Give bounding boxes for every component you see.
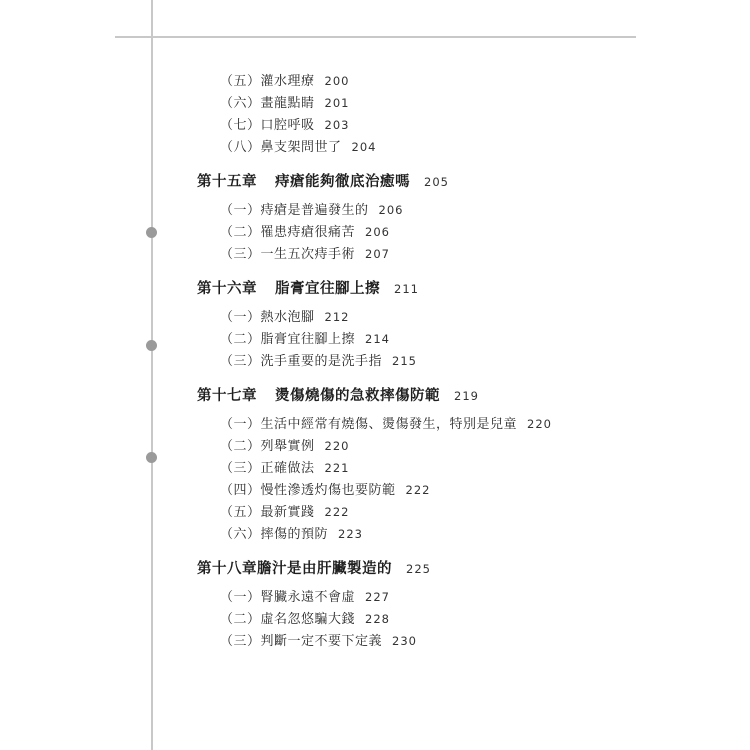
chapter-number: 第十五章: [197, 173, 257, 190]
margin-dot: [146, 340, 157, 351]
page-number: 214: [365, 332, 390, 346]
section-number: （六）: [220, 527, 261, 542]
toc-section[interactable]: （二）脂膏宜往腳上擦214: [220, 328, 390, 347]
section-number: （八）: [220, 140, 261, 155]
section-title: 正確做法: [261, 461, 315, 476]
page-number: 205: [424, 175, 449, 189]
page-number: 200: [325, 74, 350, 88]
margin-rule: [151, 0, 153, 750]
section-title: 鼻支架問世了: [261, 140, 342, 155]
section-number: （五）: [220, 74, 261, 89]
chapter-title: 脂膏宜往腳上擦: [275, 280, 380, 297]
section-number: （二）: [220, 612, 261, 627]
section-title: 生活中經常有燒傷、燙傷發生，特別是兒童: [261, 417, 518, 432]
section-title: 灌水理療: [261, 74, 315, 89]
page-number: 223: [338, 527, 363, 541]
section-title: 口腔呼吸: [261, 118, 315, 133]
toc-section[interactable]: （四）慢性滲透灼傷也要防範222: [220, 479, 430, 498]
toc-chapter[interactable]: 第十五章痔瘡能夠徹底治癒嗎205: [197, 170, 449, 191]
section-title: 洗手重要的是洗手指: [261, 354, 383, 369]
section-title: 列舉實例: [261, 439, 315, 454]
toc-section[interactable]: （三）正確做法221: [220, 457, 349, 476]
toc-section[interactable]: （一）腎臟永遠不會虛227: [220, 586, 390, 605]
section-number: （七）: [220, 118, 261, 133]
page-number: 222: [406, 483, 431, 497]
toc-chapter[interactable]: 第十八章膽汁是由肝臟製造的225: [197, 557, 431, 578]
page-number: 221: [325, 461, 350, 475]
toc-section[interactable]: （二）虛名忽悠騙大錢228: [220, 608, 390, 627]
section-title: 摔傷的預防: [261, 527, 329, 542]
toc-section[interactable]: （三）洗手重要的是洗手指215: [220, 350, 417, 369]
section-number: （一）: [220, 590, 261, 605]
page-number: 212: [325, 310, 350, 324]
section-number: （一）: [220, 417, 261, 432]
toc-section[interactable]: （五）灌水理療200: [220, 70, 349, 89]
page-number: 203: [325, 118, 350, 132]
page-number: 207: [365, 247, 390, 261]
toc-section[interactable]: （七）口腔呼吸203: [220, 114, 349, 133]
toc-section[interactable]: （三）判斷一定不要下定義230: [220, 630, 417, 649]
margin-dot: [146, 227, 157, 238]
section-number: （四）: [220, 483, 261, 498]
toc-section[interactable]: （二）列舉實例220: [220, 435, 349, 454]
section-number: （三）: [220, 461, 261, 476]
section-title: 判斷一定不要下定義: [261, 634, 383, 649]
chapter-number: 第十七章: [197, 387, 257, 404]
section-title: 最新實踐: [261, 505, 315, 520]
page-number: 220: [527, 417, 552, 431]
section-number: （二）: [220, 225, 261, 240]
section-number: （二）: [220, 332, 261, 347]
toc-chapter[interactable]: 第十六章脂膏宜往腳上擦211: [197, 277, 419, 298]
toc-section[interactable]: （六）摔傷的預防223: [220, 523, 363, 542]
toc-section[interactable]: （二）罹患痔瘡很痛苦206: [220, 221, 390, 240]
section-number: （二）: [220, 439, 261, 454]
section-title: 一生五次痔手術: [261, 247, 356, 262]
page-number: 204: [352, 140, 377, 154]
section-number: （三）: [220, 634, 261, 649]
chapter-title: 痔瘡能夠徹底治癒嗎: [275, 173, 410, 190]
top-rule: [115, 36, 636, 38]
section-title: 腎臟永遠不會虛: [261, 590, 356, 605]
page-number: 230: [392, 634, 417, 648]
section-title: 痔瘡是普遍發生的: [261, 203, 369, 218]
section-title: 虛名忽悠騙大錢: [261, 612, 356, 627]
toc-section[interactable]: （三）一生五次痔手術207: [220, 243, 390, 262]
page-number: 228: [365, 612, 390, 626]
page-number: 201: [325, 96, 350, 110]
page-number: 227: [365, 590, 390, 604]
section-number: （一）: [220, 203, 261, 218]
toc-section[interactable]: （一）痔瘡是普遍發生的206: [220, 199, 403, 218]
chapter-number: 第十八章: [197, 560, 257, 577]
section-title: 畫龍點睛: [261, 96, 315, 111]
page-number: 225: [406, 562, 431, 576]
page-number: 206: [379, 203, 404, 217]
chapter-title: 燙傷燒傷的急救摔傷防範: [275, 387, 440, 404]
chapter-title: 膽汁是由肝臟製造的: [257, 560, 392, 577]
toc-section[interactable]: （一）熱水泡腳212: [220, 306, 349, 325]
section-title: 罹患痔瘡很痛苦: [261, 225, 356, 240]
section-number: （六）: [220, 96, 261, 111]
section-title: 脂膏宜往腳上擦: [261, 332, 356, 347]
page-number: 215: [392, 354, 417, 368]
page-number: 220: [325, 439, 350, 453]
section-title: 慢性滲透灼傷也要防範: [261, 483, 396, 498]
section-number: （三）: [220, 354, 261, 369]
page-number: 219: [454, 389, 479, 403]
page-number: 206: [365, 225, 390, 239]
page-number: 211: [394, 282, 419, 296]
toc-section[interactable]: （八）鼻支架問世了204: [220, 136, 376, 155]
toc-section[interactable]: （六）畫龍點睛201: [220, 92, 349, 111]
section-number: （五）: [220, 505, 261, 520]
section-number: （三）: [220, 247, 261, 262]
margin-dot: [146, 452, 157, 463]
section-number: （一）: [220, 310, 261, 325]
page-number: 222: [325, 505, 350, 519]
section-title: 熱水泡腳: [261, 310, 315, 325]
toc-section[interactable]: （一）生活中經常有燒傷、燙傷發生，特別是兒童220: [220, 413, 552, 432]
chapter-number: 第十六章: [197, 280, 257, 297]
toc-section[interactable]: （五）最新實踐222: [220, 501, 349, 520]
toc-chapter[interactable]: 第十七章燙傷燒傷的急救摔傷防範219: [197, 384, 479, 405]
